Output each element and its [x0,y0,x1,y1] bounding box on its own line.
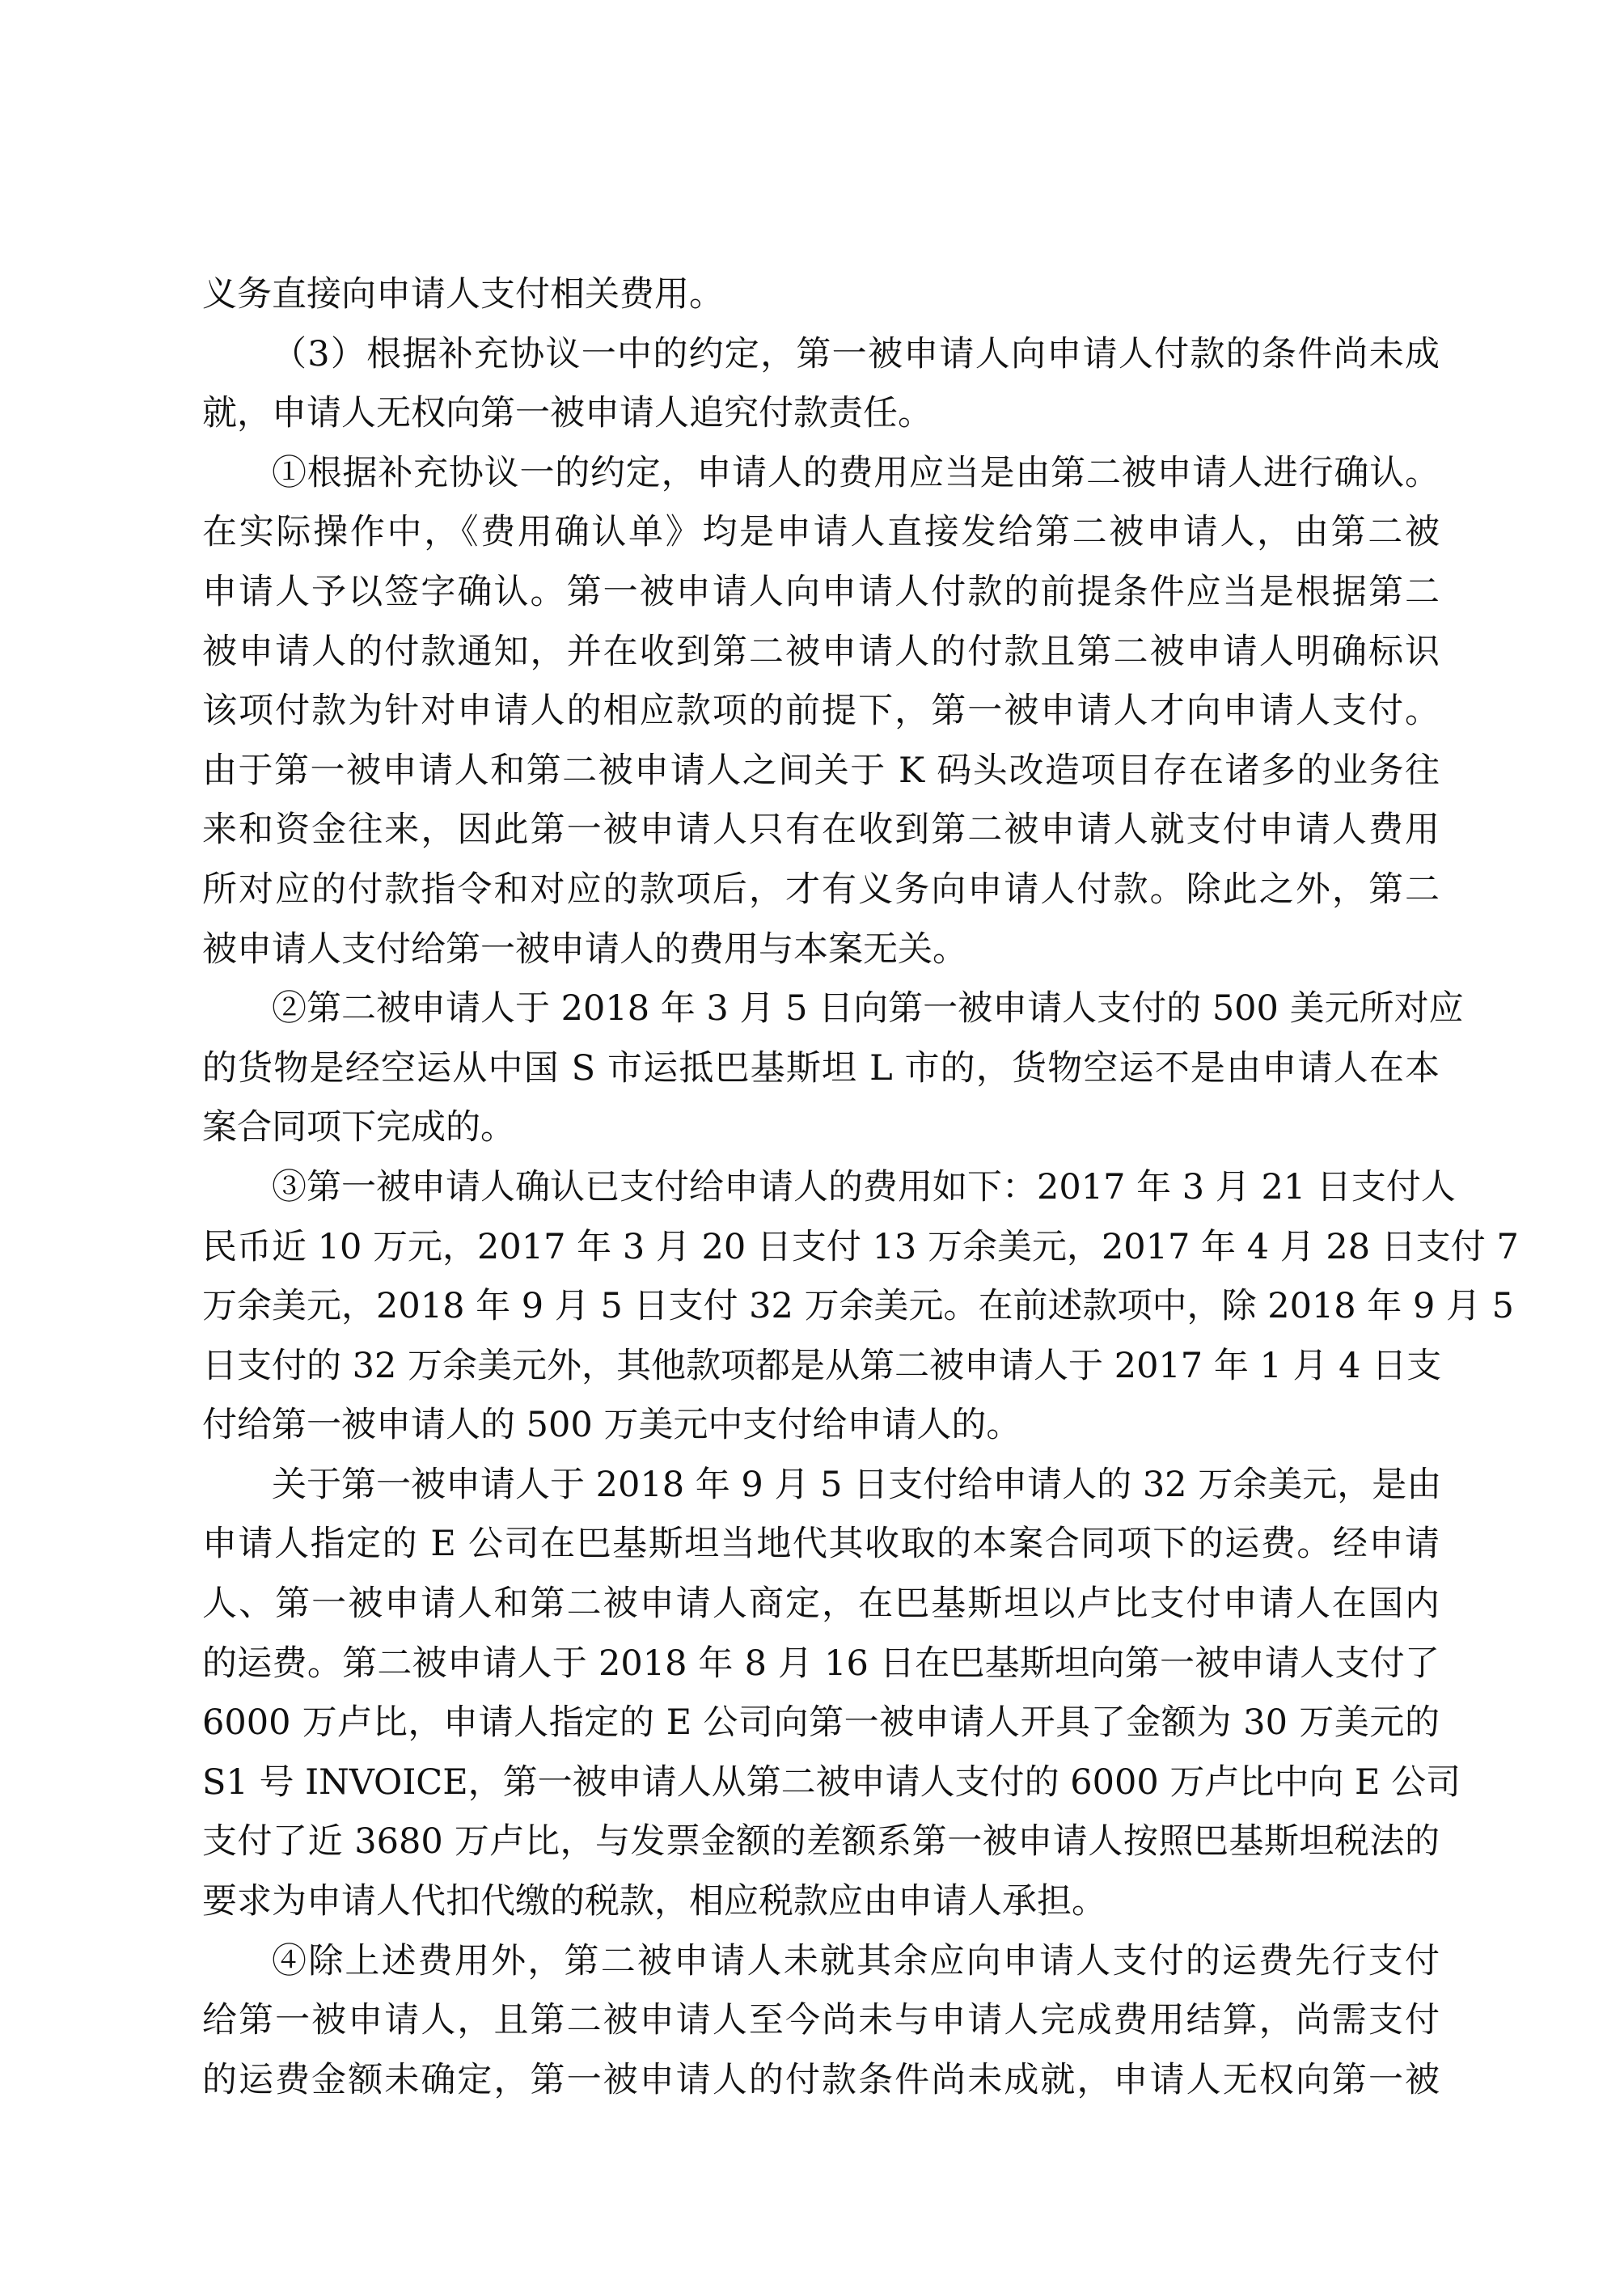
paragraph-first-line: ③第一被申请人确认已支付给申请人的费用如下：2017 年 3 月 21 日支付人 [202,1158,1440,1218]
body-text: 义务直接向申请人支付相关费用。 （3）根据补充协议一中的约定，第一被申请人向申请… [202,265,1440,2110]
text-line: S1 号 INVOICE，第一被申请人从第二被申请人支付的 6000 万卢比中向… [202,1753,1440,1813]
text-line: 日支付的 32 万余美元外，其他款项都是从第二被申请人于 2017 年 1 月 … [202,1337,1440,1397]
text-line: 人、第一被申请人和第二被申请人商定，在巴基斯坦以卢比支付申请人在国内 [202,1575,1440,1634]
paragraph-first-line: ①根据补充协议一的约定，申请人的费用应当是由第二被申请人进行确认。 [202,444,1440,504]
text-line: 申请人指定的 E 公司在巴基斯坦当地代其收取的本案合同项下的运费。经申请 [202,1515,1440,1575]
text-line: 申请人予以签字确认。第一被申请人向申请人付款的前提条件应当是根据第二 [202,563,1440,623]
text-line: 在实际操作中，《费用确认单》均是申请人直接发给第二被申请人，由第二被 [202,503,1440,563]
document-page: 义务直接向申请人支付相关费用。 （3）根据补充协议一中的约定，第一被申请人向申请… [0,0,1624,2292]
text-line: 所对应的付款指令和对应的款项后，才有义务向申请人付款。除此之外，第二 [202,861,1440,920]
text-line: 的货物是经空运从中国 S 市运抵巴基斯坦 L 市的，货物空运不是由申请人在本 [202,1039,1440,1099]
text-line: 来和资金往来，因此第一被申请人只有在收到第二被申请人就支付申请人费用 [202,801,1440,861]
text-line: 民币近 10 万元，2017 年 3 月 20 日支付 13 万余美元，2017… [202,1218,1440,1278]
text-line: 由于第一被申请人和第二被申请人之间关于 K 码头改造项目存在诸多的业务往 [202,742,1440,801]
text-line: 付给第一被申请人的 500 万美元中支付给申请人的。 [202,1396,1440,1456]
text-line: 的运费。第二被申请人于 2018 年 8 月 16 日在巴基斯坦向第一被申请人支… [202,1634,1440,1694]
paragraph-first-line: ②第二被申请人于 2018 年 3 月 5 日向第一被申请人支付的 500 美元… [202,979,1440,1039]
text-line: 被申请人的付款通知，并在收到第二被申请人的付款且第二被申请人明确标识 [202,623,1440,683]
text-line: 要求为申请人代扣代缴的税款，相应税款应由申请人承担。 [202,1872,1440,1932]
text-line: 义务直接向申请人支付相关费用。 [202,265,1440,325]
text-line: 就，申请人无权向第一被申请人追究付款责任。 [202,384,1440,444]
text-line: 6000 万卢比，申请人指定的 E 公司向第一被申请人开具了金额为 30 万美元… [202,1694,1440,1753]
text-line: 的运费金额未确定，第一被申请人的付款条件尚未成就，申请人无权向第一被 [202,2051,1440,2111]
text-line: 支付了近 3680 万卢比，与发票金额的差额系第一被申请人按照巴基斯坦税法的 [202,1812,1440,1872]
paragraph-first-line: （3）根据补充协议一中的约定，第一被申请人向申请人付款的条件尚未成 [202,325,1440,385]
text-line: 该项付款为针对申请人的相应款项的前提下，第一被申请人才向申请人支付。 [202,682,1440,742]
text-line: 案合同项下完成的。 [202,1098,1440,1158]
text-line: 被申请人支付给第一被申请人的费用与本案无关。 [202,920,1440,980]
paragraph-first-line: ④除上述费用外，第二被申请人未就其余应向申请人支付的运费先行支付 [202,1932,1440,1992]
paragraph-first-line: 关于第一被申请人于 2018 年 9 月 5 日支付给申请人的 32 万余美元，… [202,1456,1440,1516]
text-line: 万余美元，2018 年 9 月 5 日支付 32 万余美元。在前述款项中，除 2… [202,1277,1440,1337]
text-line: 给第一被申请人，且第二被申请人至今尚未与申请人完成费用结算，尚需支付 [202,1991,1440,2051]
